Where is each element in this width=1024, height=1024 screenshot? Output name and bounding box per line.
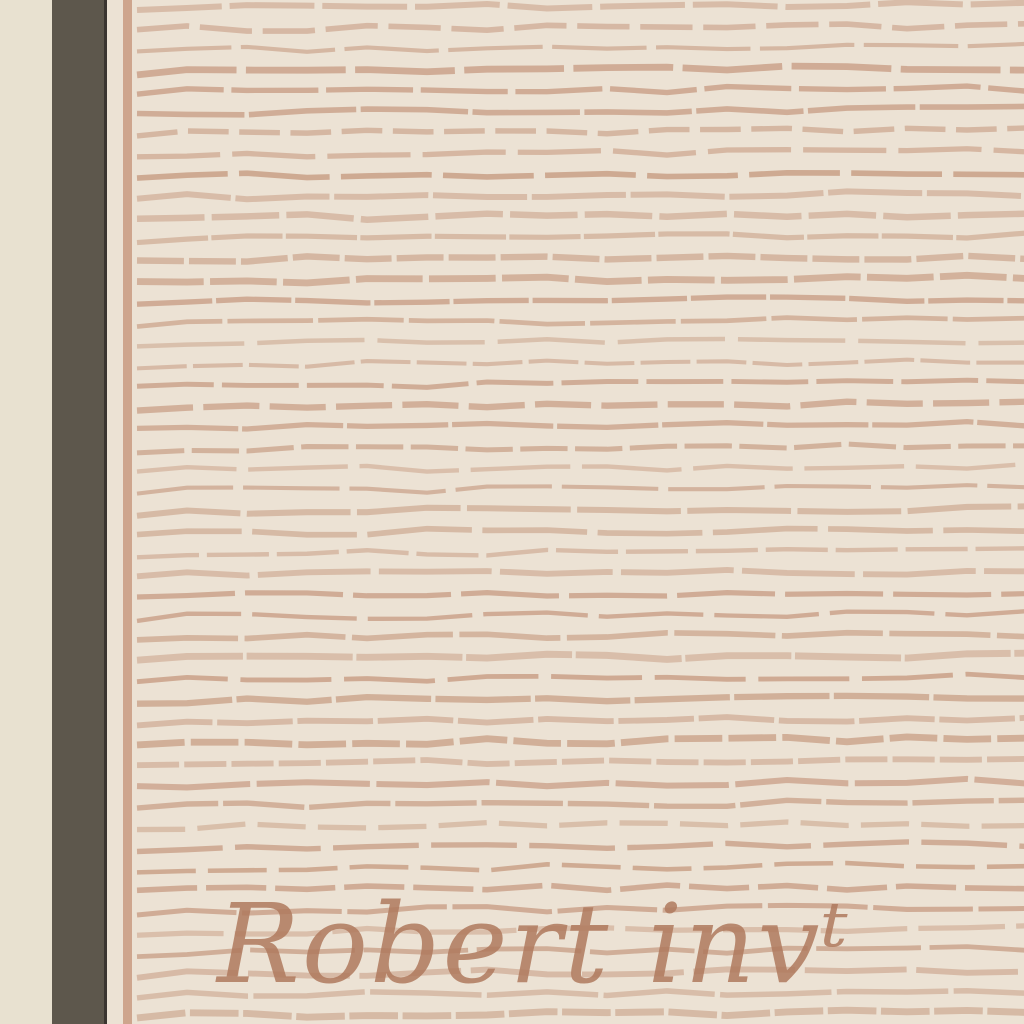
- mount-board: [0, 0, 52, 1024]
- chalk-hatching: [107, 0, 1024, 1024]
- drawing-paper: Robert invᵗ: [107, 0, 1024, 1024]
- signature-inscription: Robert invᵗ: [217, 880, 851, 1008]
- frame-band: [52, 0, 106, 1024]
